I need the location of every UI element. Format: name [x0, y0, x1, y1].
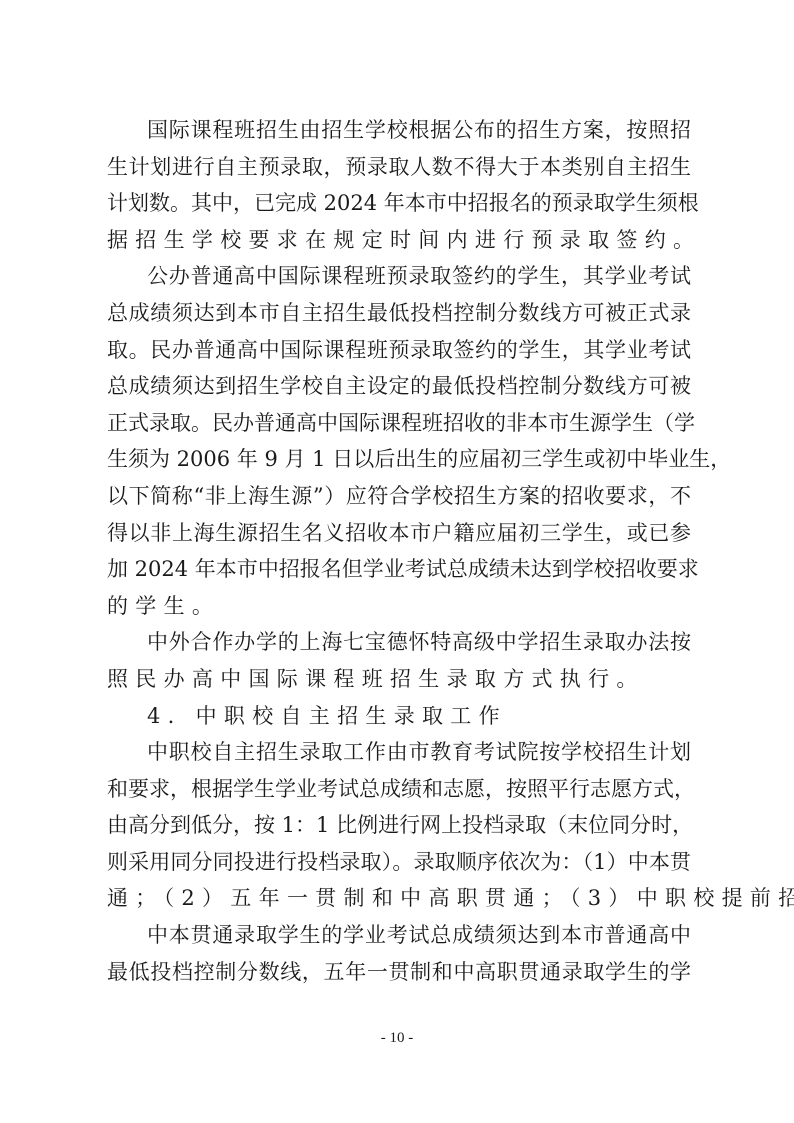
text-line-content: 4. 中职校自主招生录取工作: [147, 698, 691, 735]
text-line: 中外合作办学的上海七宝德怀特高级中学招生录取办法按: [107, 624, 691, 661]
text-line-content: 则采用同分同投进行投档录取）。录取顺序依次为：（1）中本贯: [107, 844, 691, 881]
text-line: 生须为 2006 年 9 月 1 日以后出生的应届初三学生或初中毕业生，: [107, 441, 691, 478]
text-line: 公办普通高中国际课程班预录取签约的学生，其学业考试: [107, 258, 691, 295]
text-line: 的学生。: [107, 588, 691, 625]
text-line: 总成绩须达到本市自主招生最低投档控制分数线方可被正式录: [107, 295, 691, 332]
text-line-content: 据招生学校要求在规定时间内进行预录取签约。: [107, 222, 691, 259]
text-line-content: 加 2024 年本市中招报名但学业考试总成绩未达到学校招收要求: [107, 551, 691, 588]
text-line: 中本贯通录取学生的学业考试总成绩须达到本市普通高中: [107, 917, 691, 954]
text-line-content: 最低投档控制分数线，五年一贯制和中高职贯通录取学生的学: [107, 954, 691, 991]
text-line: 计划数。其中，已完成 2024 年本市中招报名的预录取学生须根: [107, 185, 691, 222]
text-line: 国际课程班招生由招生学校根据公布的招生方案，按照招: [107, 112, 691, 149]
text-line-content: 照民办高中国际课程班招生录取方式执行。: [107, 661, 691, 698]
text-line-content: 生须为 2006 年 9 月 1 日以后出生的应届初三学生或初中毕业生，: [107, 441, 691, 478]
text-line: 通；（2）五年一贯制和中高职贯通；（3）中职校提前招生。: [107, 880, 691, 917]
text-line: 正式录取。民办普通高中国际课程班招收的非本市生源学生（学: [107, 405, 691, 442]
text-line: 加 2024 年本市中招报名但学业考试总成绩未达到学校招收要求: [107, 551, 691, 588]
text-line: 和要求，根据学生学业考试总成绩和志愿，按照平行志愿方式，: [107, 771, 691, 808]
text-line-content: 中外合作办学的上海七宝德怀特高级中学招生录取办法按: [147, 624, 691, 661]
document-body: 国际课程班招生由招生学校根据公布的招生方案，按照招生计划进行自主预录取，预录取人…: [107, 112, 691, 990]
text-line-content: 总成绩须达到本市自主招生最低投档控制分数线方可被正式录: [107, 295, 691, 332]
text-line: 4. 中职校自主招生录取工作: [107, 698, 691, 735]
text-line: 取。民办普通高中国际课程班预录取签约的学生，其学业考试: [107, 332, 691, 369]
text-line-content: 取。民办普通高中国际课程班预录取签约的学生，其学业考试: [107, 332, 691, 369]
text-line-content: 以下简称“非上海生源”）应符合学校招生方案的招收要求，不: [107, 478, 691, 515]
text-line-content: 通；（2）五年一贯制和中高职贯通；（3）中职校提前招生。: [107, 880, 691, 917]
text-line-content: 总成绩须达到招生学校自主设定的最低投档控制分数线方可被: [107, 368, 691, 405]
text-line: 由高分到低分，按 1：1 比例进行网上投档录取（末位同分时，: [107, 807, 691, 844]
text-line-content: 中本贯通录取学生的学业考试总成绩须达到本市普通高中: [147, 917, 691, 954]
text-line: 生计划进行自主预录取，预录取人数不得大于本类别自主招生: [107, 149, 691, 186]
text-line: 照民办高中国际课程班招生录取方式执行。: [107, 661, 691, 698]
text-line-content: 计划数。其中，已完成 2024 年本市中招报名的预录取学生须根: [107, 185, 691, 222]
text-line-content: 国际课程班招生由招生学校根据公布的招生方案，按照招: [147, 112, 691, 149]
text-line: 得以非上海生源招生名义招收本市户籍应届初三学生，或已参: [107, 515, 691, 552]
text-line: 中职校自主招生录取工作由市教育考试院按学校招生计划: [107, 734, 691, 771]
text-line: 则采用同分同投进行投档录取）。录取顺序依次为：（1）中本贯: [107, 844, 691, 881]
text-line-content: 正式录取。民办普通高中国际课程班招收的非本市生源学生（学: [107, 405, 691, 442]
text-line: 据招生学校要求在规定时间内进行预录取签约。: [107, 222, 691, 259]
text-line-content: 中职校自主招生录取工作由市教育考试院按学校招生计划: [147, 734, 691, 771]
text-line: 最低投档控制分数线，五年一贯制和中高职贯通录取学生的学: [107, 954, 691, 991]
text-line-content: 和要求，根据学生学业考试总成绩和志愿，按照平行志愿方式，: [107, 771, 691, 808]
text-line: 以下简称“非上海生源”）应符合学校招生方案的招收要求，不: [107, 478, 691, 515]
text-line-content: 公办普通高中国际课程班预录取签约的学生，其学业考试: [147, 258, 691, 295]
text-line-content: 生计划进行自主预录取，预录取人数不得大于本类别自主招生: [107, 149, 691, 186]
text-line: 总成绩须达到招生学校自主设定的最低投档控制分数线方可被: [107, 368, 691, 405]
text-line-content: 得以非上海生源招生名义招收本市户籍应届初三学生，或已参: [107, 515, 691, 552]
text-line-content: 的学生。: [107, 588, 691, 625]
page-number: - 10 -: [0, 1030, 794, 1047]
text-line-content: 由高分到低分，按 1：1 比例进行网上投档录取（末位同分时，: [107, 807, 691, 844]
